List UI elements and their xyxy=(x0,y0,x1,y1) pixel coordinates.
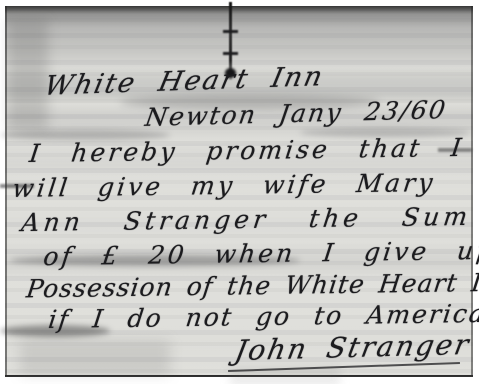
letter-body-line: I hereby promise that I xyxy=(28,133,466,168)
crease-mark xyxy=(223,30,238,33)
letter-body-line: of £ 20 when I give up xyxy=(42,236,479,271)
crease-mark xyxy=(223,52,238,55)
letter-body-line: Possession of the White Heart Inn xyxy=(25,268,479,304)
letter-body-line: will give my wife Mary xyxy=(11,168,437,203)
letter-signature: John Stranger xyxy=(232,328,473,367)
scanned-letter: White Heart Inn Newton Jany 23/60 I here… xyxy=(0,0,479,384)
